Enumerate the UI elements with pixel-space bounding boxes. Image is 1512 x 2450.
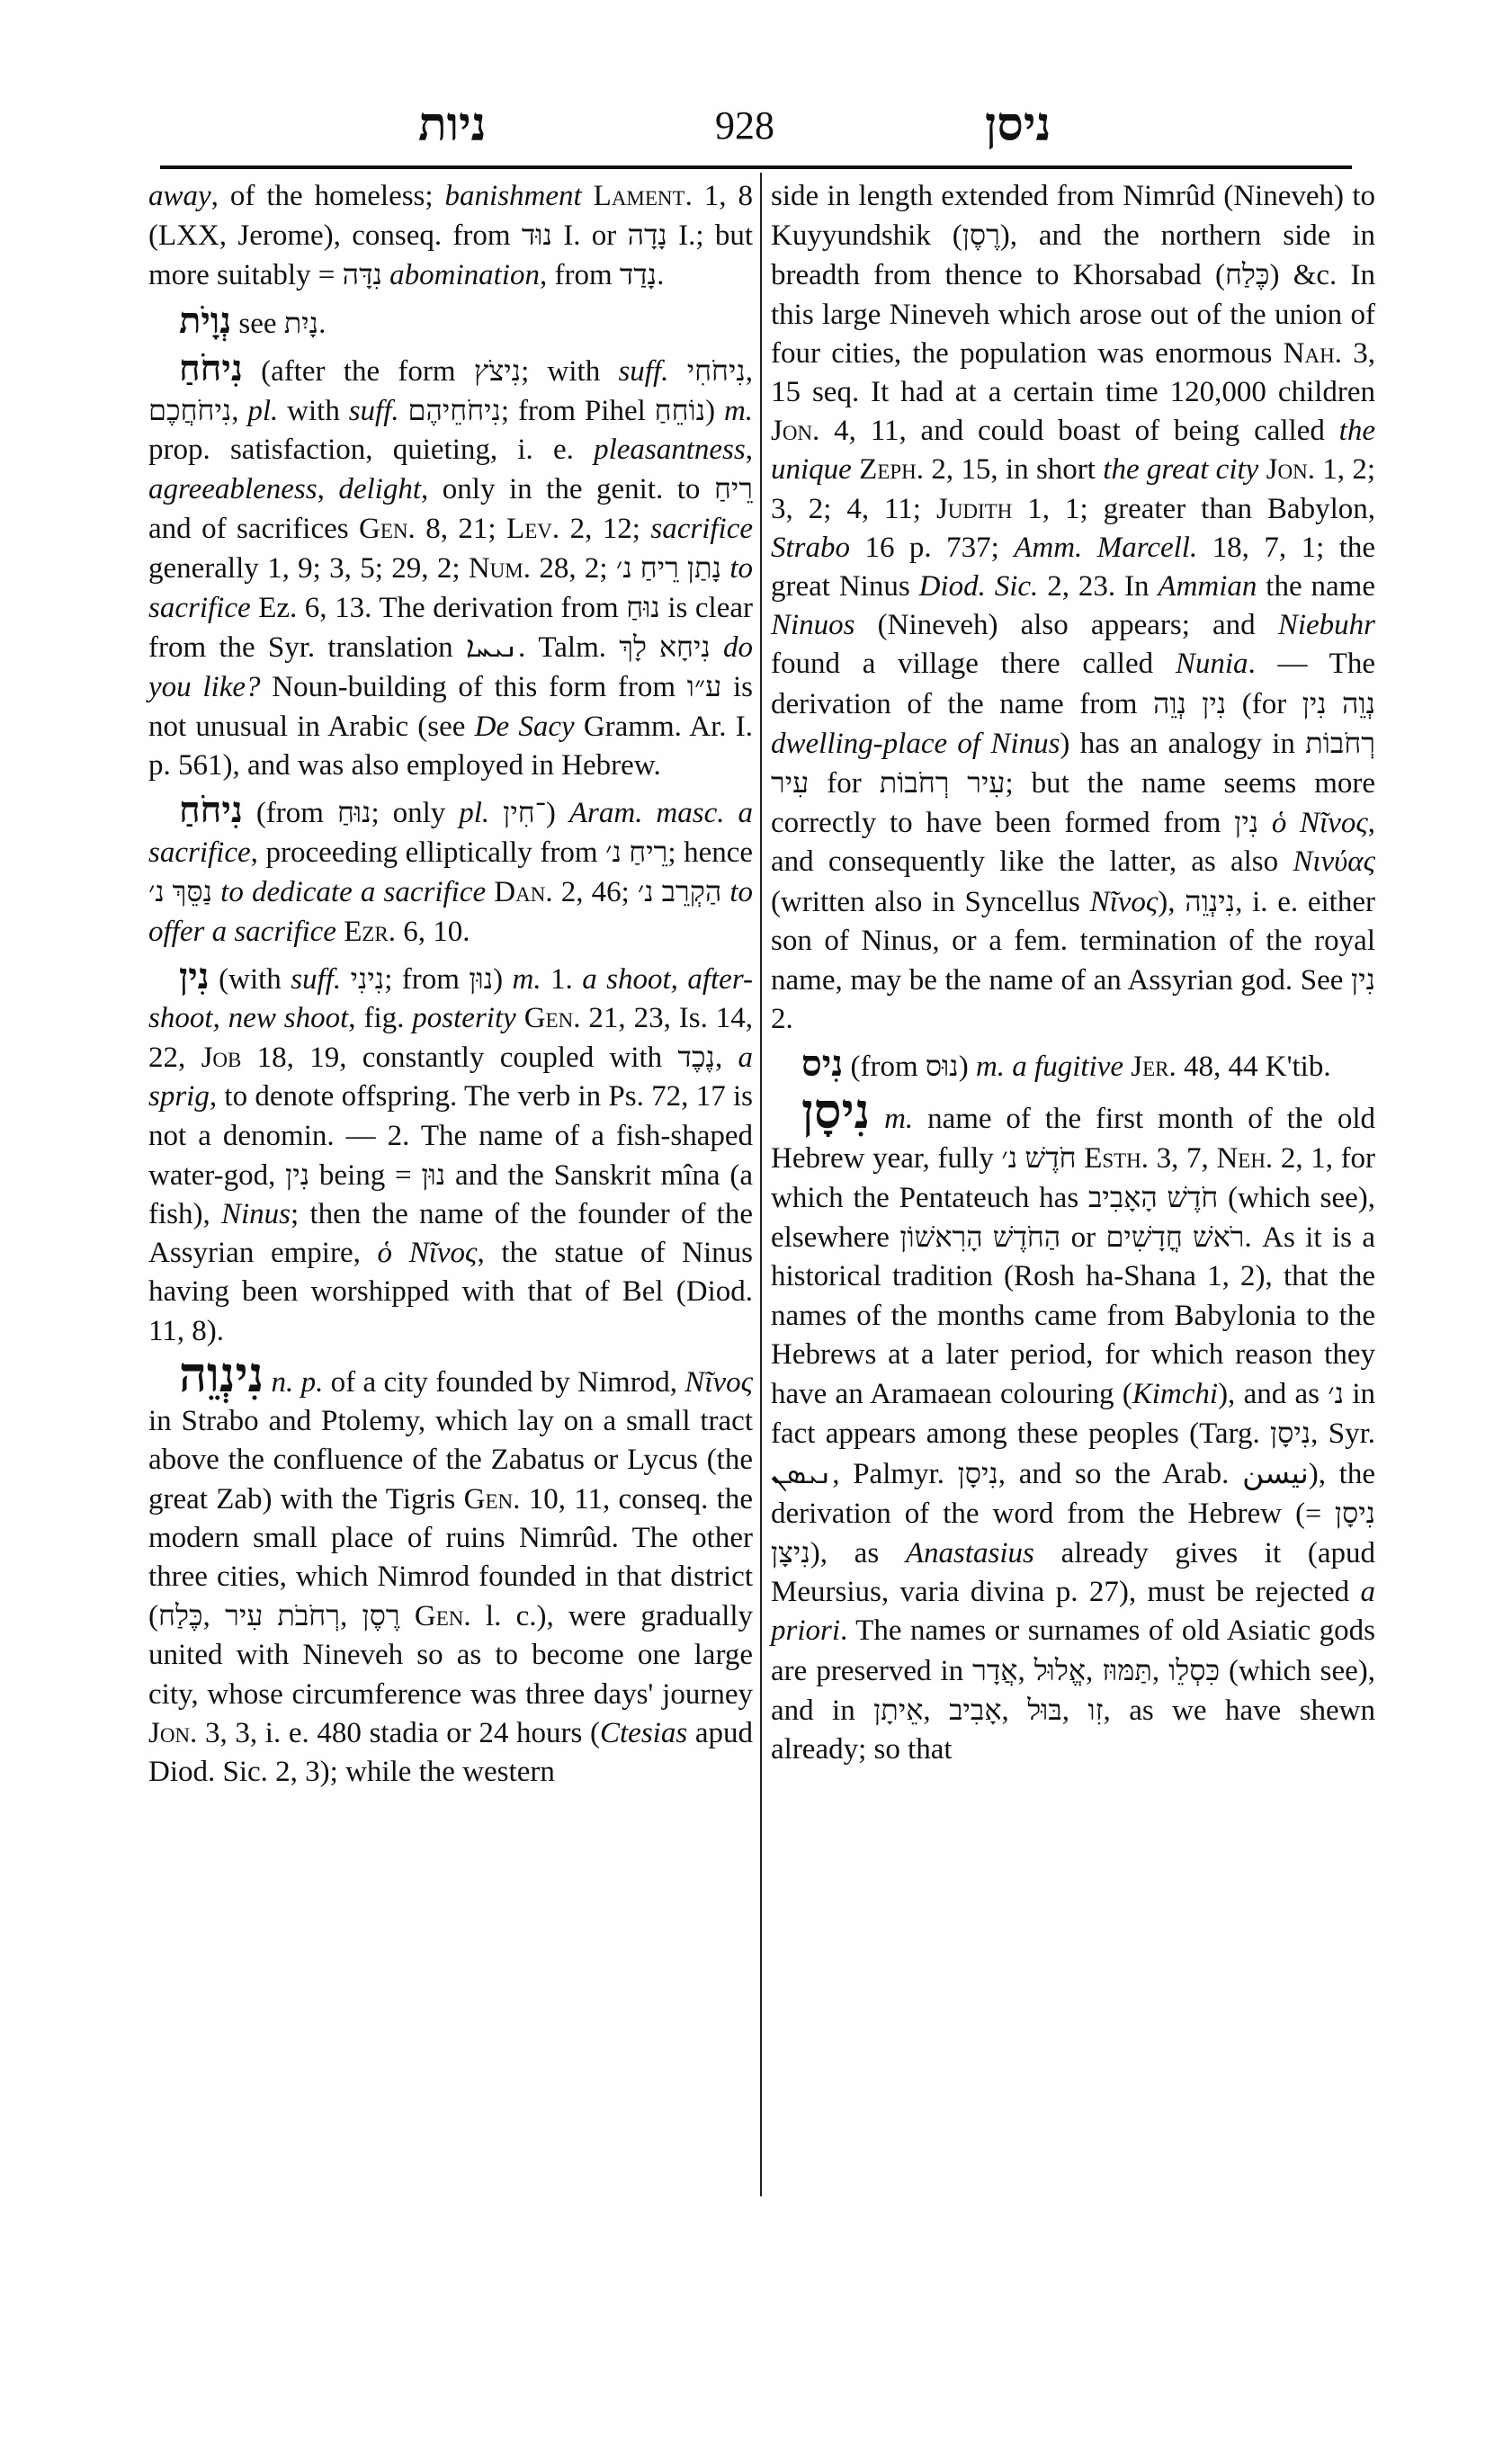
body-text: ,	[340, 1600, 362, 1632]
body-text: ,	[715, 1042, 738, 1074]
book-reference: Neh.	[1216, 1142, 1273, 1175]
hebrew-text: ־חִין	[503, 796, 546, 828]
body-text: )	[546, 797, 569, 829]
hebrew-text: אֱלוּל	[1034, 1654, 1086, 1686]
body-text: found a village there called	[771, 648, 1176, 680]
body-text: (from	[243, 797, 337, 829]
italic-text: m.	[724, 395, 753, 427]
book-reference: Dan.	[494, 876, 552, 908]
italic-text: n. p.	[272, 1366, 324, 1399]
body-text	[721, 552, 729, 585]
book-reference: Num.	[469, 552, 531, 585]
body-text: ),	[1158, 886, 1185, 918]
hebrew-text: אֵיתָן	[873, 1694, 923, 1726]
italic-text: Niebuhr	[1278, 609, 1375, 641]
entry-headword: נִין	[179, 956, 210, 997]
body-text: ,	[1086, 1655, 1102, 1687]
body-text: (Nineveh) also appears; and	[855, 609, 1278, 641]
body-text: I. or	[552, 219, 628, 252]
body-text: prop. satisfaction, quieting, i. e.	[148, 434, 594, 466]
hebrew-text: נִינִי	[351, 962, 385, 995]
italic-text: Ninus	[221, 1198, 291, 1230]
dictionary-entry: נִיחֹחַ (after the form נִיצֹץ; with suf…	[148, 349, 753, 785]
body-text: ,	[1152, 1655, 1168, 1687]
hebrew-text: רְחֹבֹת עִיר	[225, 1599, 340, 1632]
body-text: (with	[210, 963, 291, 996]
body-text: ,	[1062, 1694, 1088, 1727]
hebrew-text: נוּד	[522, 219, 552, 251]
body-text: ; from	[384, 963, 469, 996]
book-reference: Ezr.	[344, 916, 396, 948]
body-text: ,	[746, 434, 753, 466]
body-text: ,	[1017, 1655, 1033, 1687]
body-text: (after the form	[243, 355, 474, 388]
italic-text: Ctesias	[600, 1717, 687, 1749]
italic-text: pleasantness	[594, 434, 746, 466]
body-text: , Syr.	[1311, 1417, 1375, 1450]
italic-text: suff.	[349, 395, 399, 427]
body-text: (for	[1226, 688, 1302, 720]
body-text	[1258, 807, 1272, 839]
body-text: )	[493, 963, 512, 996]
body-text	[264, 1366, 271, 1399]
running-header: ניות 928 ניסן	[157, 99, 1363, 162]
header-right-guide-word: ניסן	[985, 99, 1051, 152]
body-text	[486, 876, 494, 908]
body-text	[212, 876, 220, 908]
body-text	[400, 1600, 415, 1632]
body-text	[852, 453, 859, 486]
italic-text: sacrifice	[650, 513, 753, 545]
book-reference: Jon.	[148, 1717, 197, 1749]
entry-headword: נִיחֹחַ	[179, 790, 243, 830]
italic-text: pl.	[247, 395, 278, 427]
dictionary-entry: נִין (with suff. נִינִי; from נוּן) m. 1…	[148, 957, 753, 1351]
dictionary-entry: נִיחֹחַ (from נוּחַ; only pl. ־חִין) Ara…	[148, 791, 753, 952]
body-text: for	[809, 767, 879, 800]
book-reference: Esth.	[1084, 1142, 1149, 1175]
body-text: the name	[1257, 570, 1375, 603]
entry-continuation: away, of the homeless; banishment Lament…	[148, 177, 753, 296]
header-left-guide-word: ניות	[418, 99, 487, 152]
body-text: 48, 44 K'tib.	[1176, 1051, 1331, 1083]
italic-text: Νῖνος	[684, 1366, 753, 1399]
hebrew-text: נִיסָן	[1270, 1417, 1311, 1449]
body-text: and of sacrifices	[148, 513, 359, 545]
hebrew-text: נִין נְוֵה	[1153, 687, 1226, 720]
body-text: Noun-building of this form from	[261, 671, 687, 703]
column-divider	[760, 173, 762, 2196]
hebrew-text: רֶסֶן	[962, 219, 1000, 251]
body-text: Ez. 6, 13. The derivation from	[251, 592, 627, 624]
body-text: , from	[540, 259, 620, 291]
dictionary-entry: נְוָיֹת see נָיִת.	[148, 301, 753, 344]
hebrew-text: נוּחַ	[337, 796, 371, 828]
hebrew-text: נִין	[285, 1158, 309, 1191]
body-text	[382, 259, 389, 291]
body-text	[668, 355, 686, 388]
italic-text: suff.	[618, 355, 668, 388]
hebrew-text: כֶּלַח	[158, 1599, 203, 1632]
hebrew-text: נָדָה	[628, 219, 667, 251]
book-reference: Zeph.	[859, 453, 924, 486]
italic-text: Ammian	[1158, 570, 1257, 603]
hebrew-text: נְוֵה נִין	[1302, 687, 1375, 720]
italic-text: Strabo	[771, 532, 850, 564]
book-reference: Jon.	[1266, 453, 1315, 486]
body-text: generally 1, 9; 3, 5; 29, 2;	[148, 552, 469, 585]
hebrew-text: נִיחֹחֲכֶם	[148, 394, 231, 426]
body-text: 3, 3, i. e. 480 stadia or 24 hours (	[197, 1717, 600, 1749]
body-text: , of the homeless;	[211, 180, 445, 212]
book-reference: Gen.	[415, 1600, 471, 1632]
body-text: (from	[843, 1051, 926, 1083]
body-text: ; only	[371, 797, 459, 829]
hebrew-text: חֹדֶשׁ הָאָבִיב	[1088, 1181, 1218, 1213]
italic-text: pl.	[459, 797, 489, 829]
dictionary-entry: נִיס (from נוּס) m. a fugitive Jer. 48, …	[771, 1044, 1375, 1086]
body-text	[711, 631, 723, 664]
italic-text: Kimchi	[1132, 1378, 1218, 1410]
hebrew-text: נִין	[1234, 806, 1258, 838]
hebrew-text: נוֹחֵחַ	[655, 394, 705, 426]
body-text: 18, 19, constantly coupled with	[241, 1042, 677, 1074]
italic-text: Diod. Sic.	[919, 570, 1039, 603]
italic-text: m.	[884, 1103, 913, 1135]
hebrew-text: רֵיחַ	[714, 472, 753, 505]
dictionary-entry: נִינְוֵה n. p. of a city founded by Nimr…	[148, 1356, 753, 1792]
italic-text: ὁ Νῖνος	[1272, 807, 1368, 839]
body-text: ; with	[521, 355, 618, 388]
italic-text: the great city	[1103, 453, 1258, 486]
hebrew-text: כִּסְלֵו	[1168, 1654, 1220, 1686]
body-text: ; hence	[667, 836, 753, 869]
body-text: ), as	[810, 1537, 906, 1569]
body-text: .	[318, 308, 326, 340]
entry-headword: נִיחֹחַ	[179, 348, 243, 389]
hebrew-text: נִיסָן	[958, 1457, 998, 1489]
book-reference: Jon.	[771, 415, 819, 447]
hebrew-text: נֶכֶד	[678, 1041, 715, 1073]
book-reference: Job	[201, 1042, 242, 1074]
body-text: 2, 46;	[553, 876, 638, 908]
body-text: 1, 1; greater than Babylon,	[1012, 493, 1375, 525]
body-text: , proceeding elliptically from	[251, 836, 605, 869]
italic-text: ὁ Νῖνος	[378, 1237, 478, 1269]
italic-text: away	[148, 180, 211, 212]
body-text: of a city founded by Nimrod,	[323, 1366, 684, 1399]
body-text: 8, 21;	[416, 513, 506, 545]
body-text: ,	[203, 1600, 226, 1632]
hebrew-text: ע״ו	[687, 670, 721, 702]
body-text: 1.	[541, 963, 583, 996]
hebrew-text: נָדַד	[620, 258, 657, 291]
body-text: ; from Pihel	[501, 395, 655, 427]
entry-headword: נְוָיֹת	[179, 300, 231, 341]
body-text	[1123, 1051, 1131, 1083]
italic-text: agreeableness	[148, 473, 318, 505]
body-text	[489, 797, 503, 829]
book-reference: Gen.	[359, 513, 416, 545]
hebrew-text: רֵיחַ נ׳	[605, 836, 667, 868]
body-text: , fig.	[348, 1002, 412, 1034]
hebrew-text: נוּן	[469, 962, 493, 995]
italic-text: dwelling-place of Ninus	[771, 728, 1060, 760]
body-text: 2, 23. In	[1038, 570, 1158, 603]
body-text: with	[278, 395, 348, 427]
body-text	[1077, 1142, 1085, 1175]
hebrew-text: נ׳	[1328, 1377, 1344, 1409]
body-text: being =	[309, 1159, 421, 1192]
right-column: side in length extended from Nimrûd (Nin…	[771, 177, 1375, 1769]
hebrew-text: נִיחָא לָךְ	[619, 630, 711, 663]
book-reference: Judith	[936, 493, 1012, 525]
body-text: ), and as	[1218, 1378, 1328, 1410]
italic-text: Anastasius	[906, 1537, 1034, 1569]
hebrew-text: נוּן	[421, 1158, 445, 1191]
entry-continuation: side in length extended from Nimrûd (Nin…	[771, 177, 1375, 1039]
body-text: (written also in Syncellus	[771, 886, 1090, 918]
book-reference: Lament.	[594, 180, 693, 212]
hebrew-text: זִו	[1087, 1694, 1103, 1726]
body-text	[516, 1002, 524, 1034]
italic-text: banishment	[445, 180, 582, 212]
italic-text: abomination	[389, 259, 540, 291]
body-text: 16 p. 737;	[850, 532, 1014, 564]
hebrew-text: נָתַן רֵיחַ נ׳	[616, 551, 721, 584]
hebrew-text: נִינְוֵה	[1185, 885, 1235, 917]
italic-text: Νῖνος	[1090, 886, 1159, 918]
hebrew-text: אֲדָר	[972, 1654, 1017, 1686]
hebrew-text: רֹאשׁ חֳדָשִׁים	[1105, 1221, 1244, 1253]
body-text: )	[705, 395, 724, 427]
hebrew-text: הַקְרֵב נ׳	[638, 875, 721, 908]
italic-text: delight	[338, 473, 421, 505]
dictionary-entry: נִיסָן m. name of the first month of the…	[771, 1093, 1375, 1769]
body-text: 2.	[771, 1003, 793, 1035]
hebrew-text: בּוּל	[1027, 1694, 1062, 1726]
body-text: 3, 7,	[1149, 1142, 1216, 1175]
hebrew-text: הַחֹדֶשׁ הָרִאשׁוֹן	[899, 1221, 1060, 1253]
body-text: ,	[318, 473, 339, 505]
book-reference: Gen.	[524, 1002, 581, 1034]
hebrew-text: חֹדֶשׁ נ׳	[1001, 1141, 1076, 1174]
body-text: .	[657, 259, 664, 291]
left-column: away, of the homeless; banishment Lament…	[148, 177, 753, 1792]
syriac-text: ܢܝܣܢ	[771, 1458, 832, 1490]
italic-text: De Sacy	[475, 711, 575, 743]
body-text: 28, 2;	[531, 552, 616, 585]
header-rule	[160, 165, 1352, 169]
body-text: , only in the genit. to	[421, 473, 714, 505]
hebrew-text: רֶסֶן	[362, 1599, 400, 1632]
arabic-text: نيسن	[1242, 1458, 1309, 1490]
hebrew-text: נִדָּה	[343, 258, 382, 291]
hebrew-text: נִיחֹחֵיהֶם	[407, 394, 500, 426]
book-reference: Lev.	[506, 513, 559, 545]
body-text: 4, 11, and could boast of being called	[819, 415, 1338, 447]
body-text	[336, 916, 344, 948]
book-reference: Jer.	[1131, 1051, 1176, 1083]
hebrew-text: כֶּלַח	[1225, 258, 1270, 291]
hebrew-text: נִין	[1351, 963, 1375, 996]
body-text	[582, 180, 594, 212]
body-text: 6, 10.	[396, 916, 470, 948]
italic-text: Nunia	[1176, 648, 1248, 680]
italic-text: Ninuos	[771, 609, 855, 641]
body-text: . Talm.	[518, 631, 619, 664]
hebrew-text: נוּס	[926, 1050, 959, 1082]
body-text: ,	[923, 1694, 949, 1727]
italic-text: posterity	[412, 1002, 515, 1034]
hebrew-text: נַסֵּךְ נ׳	[148, 875, 212, 908]
hebrew-text: עִיר רְחֹבוֹת	[880, 766, 1006, 799]
hebrew-text: נִיצֹץ	[474, 354, 521, 387]
italic-text: m.	[513, 963, 541, 996]
body-text	[399, 395, 408, 427]
body-text: , Palmyr.	[832, 1458, 957, 1490]
hebrew-text: נִיחֹחִי	[687, 354, 746, 387]
body-text: ,	[1002, 1694, 1028, 1727]
body-text: ,	[231, 395, 247, 427]
book-reference: Nah.	[1284, 337, 1342, 370]
body-text: 2, 12;	[559, 513, 650, 545]
page-number: 928	[715, 103, 774, 148]
body-text	[870, 1103, 884, 1135]
body-text	[1258, 453, 1266, 486]
body-text: ,	[746, 355, 753, 388]
italic-text: suff.	[291, 963, 341, 996]
book-reference: Gen.	[464, 1483, 521, 1516]
italic-text: Νινύας	[1293, 845, 1375, 878]
italic-text: m. a fugitive	[976, 1051, 1123, 1083]
body-text: )	[959, 1051, 976, 1083]
hebrew-text: נָיִת	[284, 307, 318, 339]
italic-text: Amm. Marcell.	[1014, 532, 1197, 564]
syriac-text: ܢܝܚܐ	[466, 631, 518, 664]
body-text: ) has an analogy in	[1060, 728, 1305, 760]
hebrew-text: אָבִיב	[949, 1694, 1001, 1726]
hebrew-text: נוּחַ	[626, 591, 660, 623]
entry-headword: נִיס	[801, 1043, 843, 1084]
body-text: , and so the Arab.	[998, 1458, 1242, 1490]
hebrew-text: תַּמּוּז	[1102, 1654, 1152, 1686]
italic-text: to dedicate a sacrifice	[220, 876, 486, 908]
body-text	[341, 963, 350, 996]
entry-headword: נִיסָן	[801, 1085, 870, 1139]
body-text: 2, 15, in short	[924, 453, 1103, 486]
entry-headword: נִינְוֵה	[179, 1348, 264, 1402]
body-text: see	[231, 308, 284, 340]
body-text: or	[1060, 1221, 1105, 1254]
